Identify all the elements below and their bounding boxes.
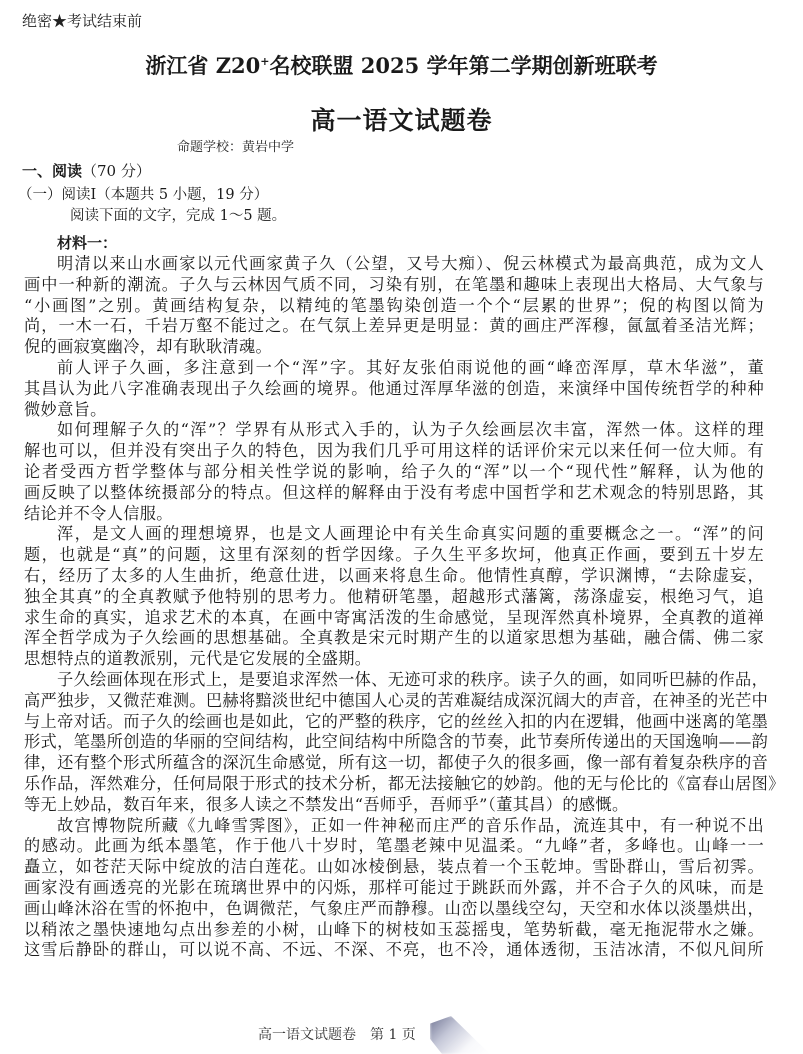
passage-line: 尚，一木一石，千岩万壑不能过之。在气氛上差异更是明显：黄的画庄严浑穆，氤氲着圣洁… (24, 316, 764, 337)
passage-line: 故宫博物院所藏《九峰雪霁图》，正如一件神秘而庄严的音乐作品，流连其中，有一种说不… (24, 816, 764, 837)
passage-line: 画山峰沐浴在雪的怀抱中，色调微茫，气象庄严而静穆。山峦以墨线空勾，天空和水体以淡… (24, 899, 764, 920)
passage-line: 结论并不令人信服。 (24, 504, 764, 525)
exam-title-suffix: 名校联盟 2025 学年第二学期创新班联考 (270, 53, 658, 78)
passage-line: 右，经历了太多的人生曲折，绝意仕进，以画来将息生命。他情性真醇，学识渊博，“去除… (24, 566, 764, 587)
passage-line: 律，还有整个形式所蕴含的深沉生命感觉，所有这一切，都使子久的很多画，像一部有着复… (24, 753, 764, 774)
passage-line: 以稍浓之墨快速地勾点出参差的小树，山峰下的树枝如玉蕊摇曳，笔势斩截，毫无拖泥带水… (24, 920, 764, 941)
passage-body: 明清以来山水画家以元代画家黄子久（公望，又号大痴）、倪云林模式为最高典范，成为文… (24, 254, 764, 961)
passage-line: 乐作品，浑然难分，任何局限于形式的技术分析，都无法接触它的妙韵。他的无与伦比的《… (24, 774, 764, 795)
paper-subtitle: 高一语文试题卷 (0, 101, 803, 137)
exam-title-superscript: + (260, 55, 269, 68)
instruction-text: 阅读下面的文字，完成 1～5 题。 (70, 204, 286, 225)
passage-line: 等无上妙品，数百年来，很多人读之不禁发出“吾师乎，吾师乎”（董其昌）的感慨。 (24, 795, 764, 816)
passage-line: 高严独步，又微茫难测。巴赫将黯淡世纪中德国人心灵的苦难凝结成深沉阔大的声音，在神… (24, 691, 764, 712)
passage-line: 论者受西方哲学整体与部分相关性学说的影响，给子久的“浑”以一个“现代性”解释，认… (24, 462, 764, 483)
passage-line: 这雪后静卧的群山，可以说不高、不远、不深、不亮，也不冷，通体透彻，玉洁冰清，不似… (24, 940, 764, 961)
passage-line: 明清以来山水画家以元代画家黄子久（公望，又号大痴）、倪云林模式为最高典范，成为文… (24, 254, 764, 275)
section-heading: 一、阅读（70 分） (22, 160, 151, 181)
passage-line: 子久绘画体现在形式上，是要追求浑然一体、无迹可求的秩序。读子久的画，如同听巴赫的… (24, 670, 764, 691)
passage-line: 微妙意旨。 (24, 400, 764, 421)
passage-line: 的感动。此画为纸本墨笔，作于他八十岁时，笔墨老辣中见温柔。“九峰”者，多峰也。山… (24, 836, 764, 857)
material-label: 材料一： (57, 232, 117, 253)
setter-school: 命题学校：黄岩中学 (177, 136, 294, 155)
passage-line: 思想特点的道教派别，元代是它发展的全盛期。 (24, 649, 764, 670)
section-heading-title: 一、阅读 (22, 162, 82, 180)
passage-line: 形式，笔墨所创造的华丽的空间结构，此空间结构中所隐含的节奏，此节奏所传递出的天国… (24, 732, 764, 753)
passage-line: “小画图”之别。黄画结构复杂，以精纯的笔墨钩染创造一个个“层累的世界”；倪的构图… (24, 296, 764, 317)
exam-title-prefix: 浙江省 Z20 (145, 53, 260, 78)
passage-line: 求生命的真实，追求艺术的本真，在画中寄寓活泼的生命感觉，呈现浑然真朴境界，全真教… (24, 608, 764, 629)
passage-line: 浑全哲学成为子久绘画的思想基础。全真教是宋元时期产生的以道家思想为基础，融合儒、… (24, 628, 764, 649)
passage-line: 矗立，如苍茫天际中绽放的洁白莲花。山如冰棱倒悬，装点着一个玉乾坤。雪卧群山，雪后… (24, 857, 764, 878)
subsection-heading: （一）阅读Ⅰ（本题共 5 小题，19 分） (18, 183, 268, 204)
passage-line: 倪的画寂寞幽冷，却有耿耿清魂。 (24, 337, 764, 358)
passage-line: 解也可以，但并没有突出子久的特色，因为我们几乎可用这样的话评价宋元以来任何一位大… (24, 441, 764, 462)
confidential-label: 绝密★考试结束前 (22, 10, 142, 31)
passage-line: 画家没有画透亮的光影在琉璃世界中的闪烁，那样可能过于跳跃而外露，并不合子久的风味… (24, 878, 764, 899)
passage-line: 画中一种新的潮流。子久与云林因气质不同，习染有别，在笔墨和趣味上表现出大格局、大… (24, 275, 764, 296)
passage-line: 与上帝对话。而子久的绘画也是如此，它的严整的秩序，它的丝丝入扣的内在逻辑，他画中… (24, 712, 764, 733)
passage-line: 其昌认为此八字准确表现出子久绘画的境界。他通过浑厚华滋的创造，来演绎中国传统哲学… (24, 379, 764, 400)
page-footer: 高一语文试题卷 第 1 页 (258, 1024, 416, 1044)
passage-line: 前人评子久画，多注意到一个“浑”字。其好友张伯雨说他的画“峰峦浑厚，草木华滋”，… (24, 358, 764, 379)
passage-line: 如何理解子久的“浑”？学界有从形式入手的，认为子久绘画层次丰富，浑然一体。这样的… (24, 420, 764, 441)
page-curl-shadow (430, 1016, 490, 1054)
passage-line: 题，也就是“真”的问题，这里有深刻的哲学因缘。子久生平多坎坷，他真正作画，要到五… (24, 545, 764, 566)
passage-line: 独全其真”的全真教赋予他特别的思考力。他精研笔墨，超越形式藩篱，荡涤虚妄，根绝习… (24, 587, 764, 608)
passage-line: 浑，是文人画的理想境界，也是文人画理论中有关生命真实问题的重要概念之一。“浑”的… (24, 524, 764, 545)
section-heading-score: （70 分） (82, 162, 151, 180)
passage-line: 画反映了以整体统摄部分的特点。但这样的解释由于没有考虑中国哲学和艺术观念的特别思… (24, 483, 764, 504)
exam-title: 浙江省 Z20+名校联盟 2025 学年第二学期创新班联考 (0, 50, 803, 80)
